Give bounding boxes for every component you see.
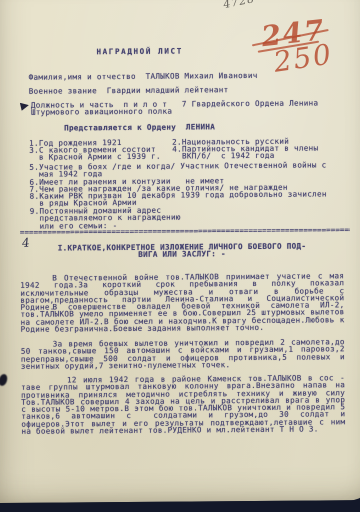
scanned-page: 4728 247 250 НАГРАДНОЙ ЛИСТ Фамилия,имя …: [0, 0, 360, 503]
paragraph-2: В совершенстве овладел боевой техникой с…: [20, 301, 344, 333]
item-service: 3.С какого времени состоит в Красной Арм…: [29, 146, 161, 162]
divider-line: ========================================…: [20, 226, 350, 236]
rank-field: Военное звание Гвардии младший лейтенант: [29, 86, 229, 95]
corner-mark: [0, 0, 2, 2]
item-party: 4.Партийность кандидат в члены ВКП/б/ с …: [172, 144, 318, 160]
red-number: 250: [271, 37, 335, 78]
position-field: Должность и часть п и л о т 7 Гвардейско…: [31, 99, 351, 116]
margin-arrow-icon: [20, 103, 29, 111]
pencil-number: 4728: [222, 0, 256, 11]
ink-blot: [0, 373, 9, 387]
award-line: Представляется к Ордену ЛЕНИНА: [64, 123, 215, 131]
paragraph-3: За время боевых вылетов уничтожил и повр…: [21, 338, 345, 370]
paragraph-4: 12 июля 1942 года в районе Каменск тов.Т…: [21, 374, 345, 435]
name-field: Фамилия,имя и отчество ТАЛЫКОВ Михаил Ив…: [29, 72, 258, 81]
document-title: НАГРАДНОЙ ЛИСТ: [96, 48, 182, 56]
section-heading: I.КРАТКОЕ,КОНКРЕТНОЕ ИЗЛОЖЕНИЕ ЛИЧНОГО Б…: [22, 242, 342, 259]
